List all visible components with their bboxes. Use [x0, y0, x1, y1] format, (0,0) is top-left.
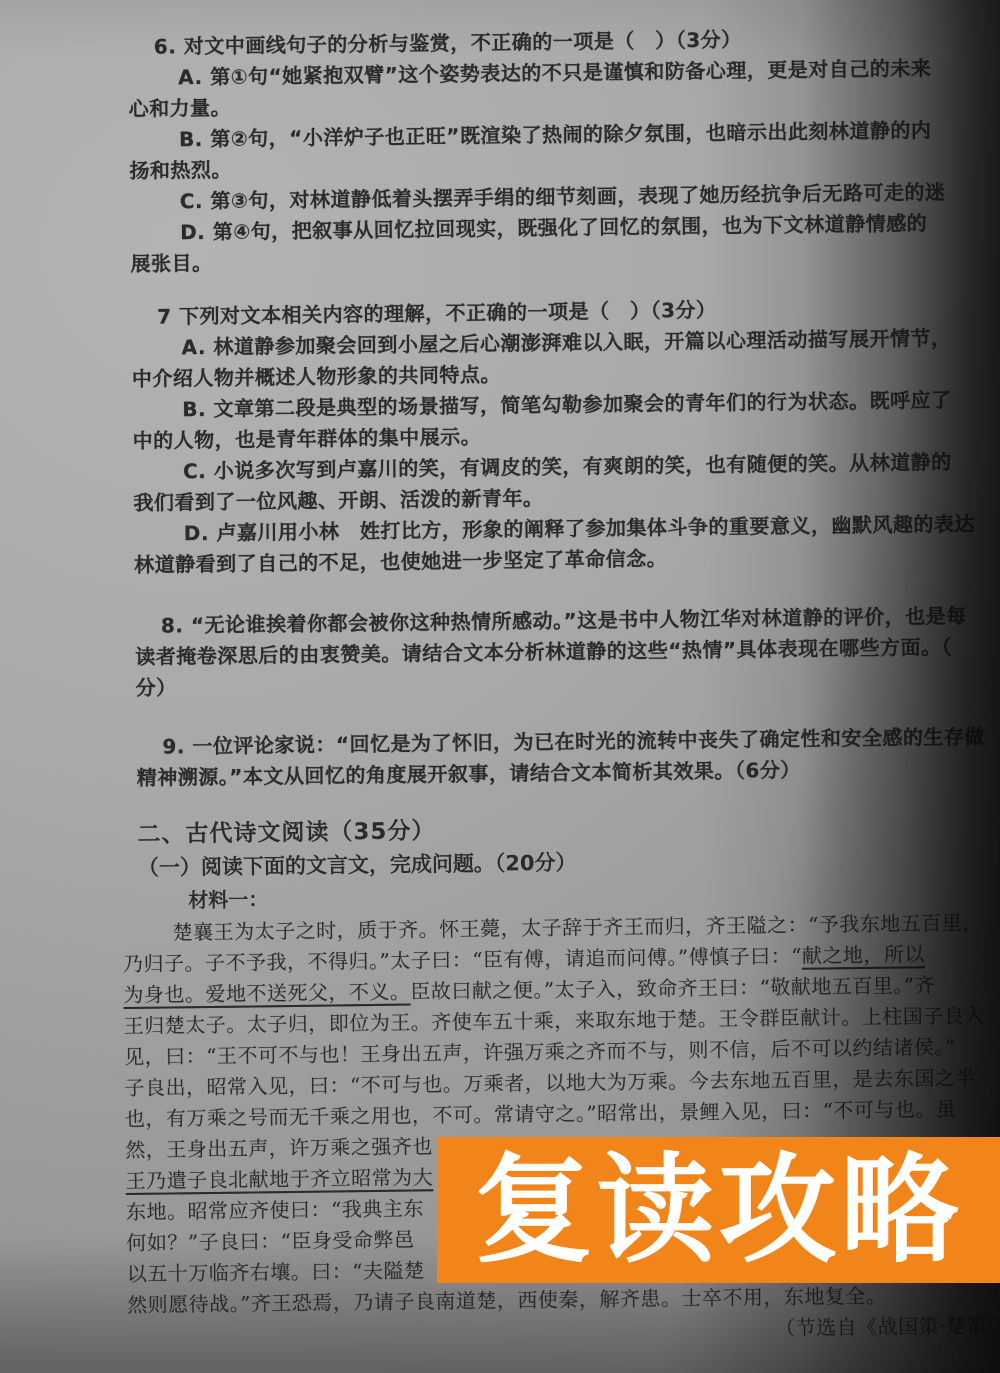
question-9: 9. 一位评论家说：“回忆是为了怀旧，为已在时光的流转中丧失了确定性和安全感的生… — [136, 721, 1000, 794]
question-7: 7 下列对文本相关内容的理解，不正确的一项是（ ）（3分）A. 林道静参加聚会回… — [131, 291, 1000, 581]
promo-banner-text: 复读攻略 — [474, 1137, 962, 1283]
underlined-text: 王乃遣子良北献地于齐立昭常为大 — [126, 1165, 434, 1193]
section-2-block: 二、古代诗文阅读（35分） （一）阅读下面的文言文，完成问题。（20分） 材料一… — [137, 807, 1000, 917]
question-6: 6. 对文中画线句子的分析与鉴赏，不正确的一项是（ ）（3分）A. 第①句“她紧… — [128, 21, 1000, 280]
question-8: 8. “无论谁挨着你都会被你这种热情所感动。”这是书中人物江华对林道静的评价，也… — [135, 600, 1000, 704]
classical-passage: 楚襄王为太子之时，质于齐。怀王薨，太子辞于齐王而归，齐王隘之：“予我东地五百里，… — [122, 907, 1000, 1352]
underlined-text: 为身也。爱地不送死父，不义。 — [123, 980, 410, 1008]
text-segment: 乃归子。子不予我，不得归。”太子曰：“臣有傅，请追而问傅。”傅慎子曰：“ — [123, 944, 802, 976]
underlined-text: 献之地，所以 — [802, 942, 925, 968]
promo-banner: 复读攻略 — [437, 1137, 1000, 1283]
text-segment: 臣故曰献之便。”太子入，致命齐王曰：“敬献地五百里。”齐 — [410, 973, 935, 1003]
exam-page-photo: 6. 对文中画线句子的分析与鉴赏，不正确的一项是（ ）（3分）A. 第①句“她紧… — [0, 0, 1000, 1373]
